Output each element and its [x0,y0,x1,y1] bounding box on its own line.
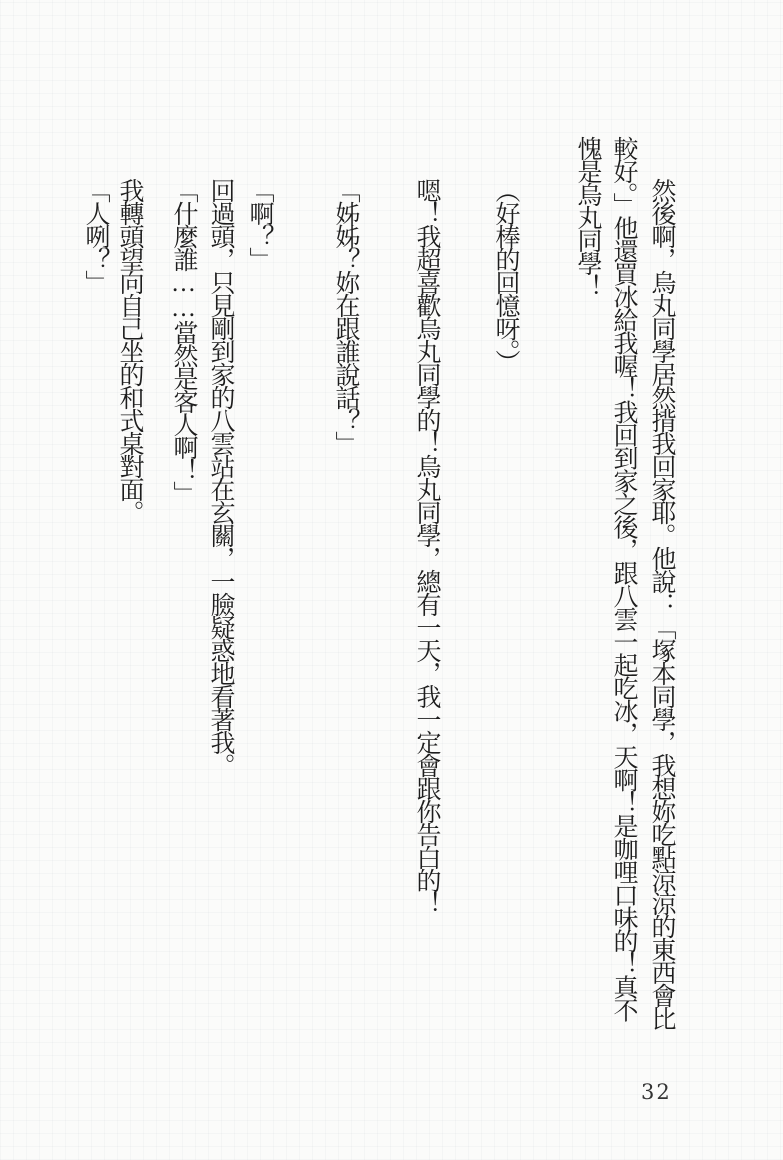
text-line-7: 「啊？」 [240,136,278,1036]
text-line-8: 回過頭，只見剛到家的八雲站在玄關，一臉疑惑地看著我。 [201,136,239,1036]
page-number: 32 [641,1080,672,1104]
scanned-book-page: 然後啊，烏丸同學居然揹我回家耶。他說：「塚本同學，我想妳吃點涼涼的東西會比 較好… [0,0,783,1160]
text-line-2: 較好。」他還買冰給我喔！我回到家之後，跟八雲一起吃冰，天啊！是咖哩口味的！真不 [604,136,642,1036]
text-line-11: 「人咧？」 [76,136,114,1036]
text-line-9: 「什麼誰……當然是客人啊！」 [164,136,202,1036]
text-line-4: （好棒的回憶呀。） [486,136,524,1036]
text-line-3: 愧是烏丸同學！ [568,136,606,1036]
vertical-text-block: 然後啊，烏丸同學居然揹我回家耶。他說：「塚本同學，我想妳吃點涼涼的東西會比 較好… [0,0,783,1160]
text-line-6: 「姊姊？妳在跟誰說話？」 [326,136,364,1036]
text-line-1: 然後啊，烏丸同學居然揹我回家耶。他說：「塚本同學，我想妳吃點涼涼的東西會比 [642,136,680,1036]
text-line-5: 嗯！我超喜歡烏丸同學的！烏丸同學，總有一天，我一定會跟你告白的！ [407,136,445,1036]
text-line-10: 我轉頭望向自己坐的和式桌對面。 [110,136,148,1036]
